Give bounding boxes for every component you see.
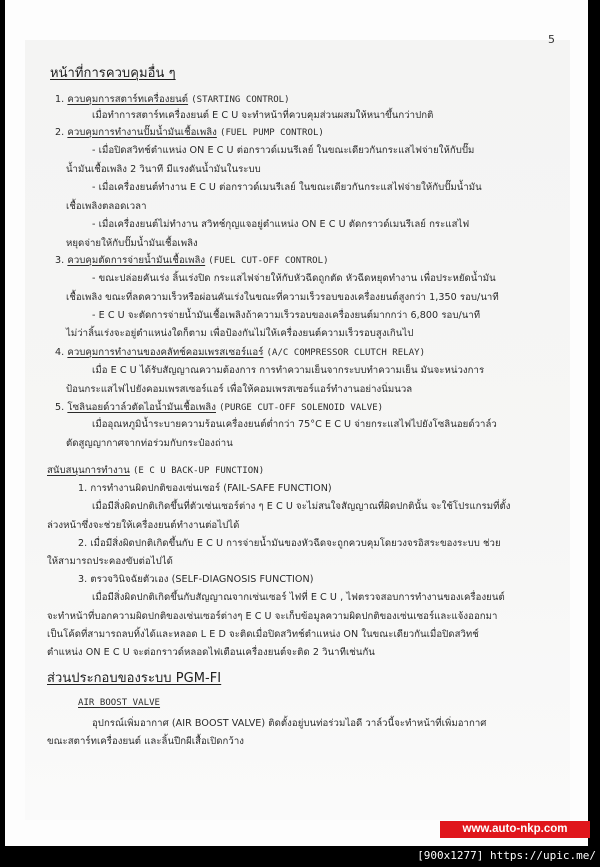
backup-heading: สนับสนุนการทำงาน (E C U BACK-UP FUNCTION…	[47, 463, 264, 478]
backup-sub-3-label: 3. ตรวจวินิจฉัยตัวเอง (SELF-DIAGNOSIS FU…	[78, 572, 314, 587]
item-4-title-th: ควบคุมการทำงานของคลัทช์คอมเพรสเซอร์แอร์	[67, 347, 263, 358]
item-2-heading: 2. ควบคุมการทำงานปั๊มน้ำมันเชื้อเพลิง (F…	[55, 125, 324, 140]
item-3-heading: 3. ควบคุมตัดการจ่ายน้ำมันเชื้อเพลิง (FUE…	[55, 253, 329, 268]
components-line: อุปกรณ์เพิ่มอากาศ (AIR BOOST VALVE) ติดต…	[92, 716, 486, 731]
item-2-line: หยุดจ่ายให้กับปั๊มน้ำมันเชื้อเพลิง	[66, 236, 198, 251]
item-3-line: เชื้อเพลิง ขณะที่ลดความเร็วหรือผ่อนคันเร…	[66, 290, 499, 305]
item-2-line: - เมื่อเครื่องยนต์ทำงาน E C U ต่อกราวด์เ…	[92, 180, 482, 195]
backup-sub-3-line: จะทำหน้าที่บอกความผิดปกติของเซ่นเซอร์ต่า…	[47, 609, 497, 624]
air-boost-valve-heading: AIR BOOST VALVE	[78, 698, 160, 708]
item-2-line: น้ำมันเชื้อเพลิง 2 วินาที มีแรงดันน้ำมัน…	[66, 162, 261, 177]
watermark-link[interactable]: www.auto-nkp.com	[440, 821, 590, 838]
backup-sub-2-line: ให้สามารถประคองขับต่อไปได้	[47, 554, 173, 569]
image-host-footer: [900x1277] https://upic.me/	[417, 849, 596, 862]
item-1-heading: 1. ควบคุมการสตาร์ทเครื่องยนต์ (STARTING …	[55, 92, 290, 107]
heading-other-controls: หน้าที่การควบคุมอื่น ๆ	[50, 62, 176, 83]
item-2-title-en: (FUEL PUMP CONTROL)	[220, 128, 324, 138]
item-1-title-th: ควบคุมการสตาร์ทเครื่องยนต์	[67, 94, 188, 105]
backup-sub-1-line: ล่วงหน้าซึ่งจะช่วยให้เครื่องยนต์ทำงานต่อ…	[47, 518, 239, 533]
item-3-title-th: ควบคุมตัดการจ่ายน้ำมันเชื้อเพลิง	[67, 255, 205, 266]
backup-sub-1-label: 1. การทำงานผิดปกติของเซ่นเซอร์ (FAIL-SAF…	[78, 481, 332, 496]
item-2-line: - เมื่อปิดสวิทช์ตำแหน่ง ON E C U ต่อกราว…	[92, 143, 474, 158]
components-line: ขณะสตาร์ทเครื่องยนต์ และลิ้นปีกผีเสื้อเป…	[47, 734, 244, 749]
item-5-title-th: โซลินอยด์วาล์วตัดไอน้ำมันเชื้อเพลิง	[67, 402, 216, 413]
item-1-title-en: (STARTING CONTROL)	[191, 95, 289, 105]
item-2-title-th: ควบคุมการทำงานปั๊มน้ำมันเชื้อเพลิง	[67, 127, 217, 138]
backup-sub-1-line: เมื่อมีสิ่งผิดปกติเกิดขึ้นที่ตัวเซ่นเซอร…	[92, 499, 511, 514]
item-4-title-en: (A/C COMPRESSOR CLUTCH RELAY)	[267, 348, 426, 358]
item-3-line: ไม่ว่าลิ้นเร่งจะอยู่ตำแหน่งใดก็ตาม เพื่อ…	[66, 326, 413, 341]
components-heading: ส่วนประกอบของระบบ PGM-FI	[47, 667, 221, 688]
backup-title-th: สนับสนุนการทำงาน	[47, 465, 130, 476]
item-5-title-en: (PURGE CUT-OFF SOLENOID VALVE)	[219, 403, 383, 413]
item-3-title-en: (FUEL CUT-OFF CONTROL)	[208, 256, 328, 266]
item-2-line: เชื้อเพลิงตลอดเวลา	[66, 199, 147, 214]
backup-sub-2-line: 2. เมื่อมีสิ่งผิดปกติเกิดขึ้นกับ E C U ก…	[78, 536, 501, 551]
item-4-heading: 4. ควบคุมการทำงานของคลัทช์คอมเพรสเซอร์แอ…	[55, 345, 425, 360]
backup-title-en: (E C U BACK-UP FUNCTION)	[133, 466, 264, 476]
item-2-line: - เมื่อเครื่องยนต์ไม่ทำงาน สวิทช์กุญแจอย…	[92, 217, 469, 232]
backup-sub-3-line: ตำแหน่ง ON E C U จะต่อกราวด์หลอดไฟเตือนเ…	[47, 645, 375, 660]
backup-sub-3-line: เมื่อมีสิ่งผิดปกติเกิดขึ้นกับสัญญาณจากเซ…	[92, 590, 505, 605]
item-4-line: เมื่อ E C U ได้รับสัญญาณความต้องการ การท…	[92, 363, 484, 378]
item-5-line: เมื่ออุณหภูมิน้ำระบายความร้อนเครื่องยนต์…	[92, 417, 497, 432]
backup-sub-3-line: เป็นโค้ดที่สามารถลบทิ้งได้และหลอด L E D …	[47, 627, 479, 642]
item-5-line: ตัดสูญญากาศจากท่อร่วมกับกระป๋องถ่าน	[66, 436, 233, 451]
page-number: 5	[548, 33, 555, 46]
item-5-heading: 5. โซลินอยด์วาล์วตัดไอน้ำมันเชื้อเพลิง (…	[55, 400, 383, 415]
item-3-line: - ขณะปล่อยคันเร่ง ลิ้นเร่งปิด กระแสไฟจ่า…	[92, 271, 496, 286]
item-1-line: เมื่อทำการสตาร์ทเครื่องยนต์ E C U จะทำหน…	[92, 108, 433, 123]
item-4-line: ป้อนกระแสไฟไปยังคอมเพรสเซอร์แอร์ เพื่อให…	[66, 382, 412, 397]
item-3-line: - E C U จะตัดการจ่ายน้ำมันเชื้อเพลิงถ้าค…	[92, 308, 480, 323]
